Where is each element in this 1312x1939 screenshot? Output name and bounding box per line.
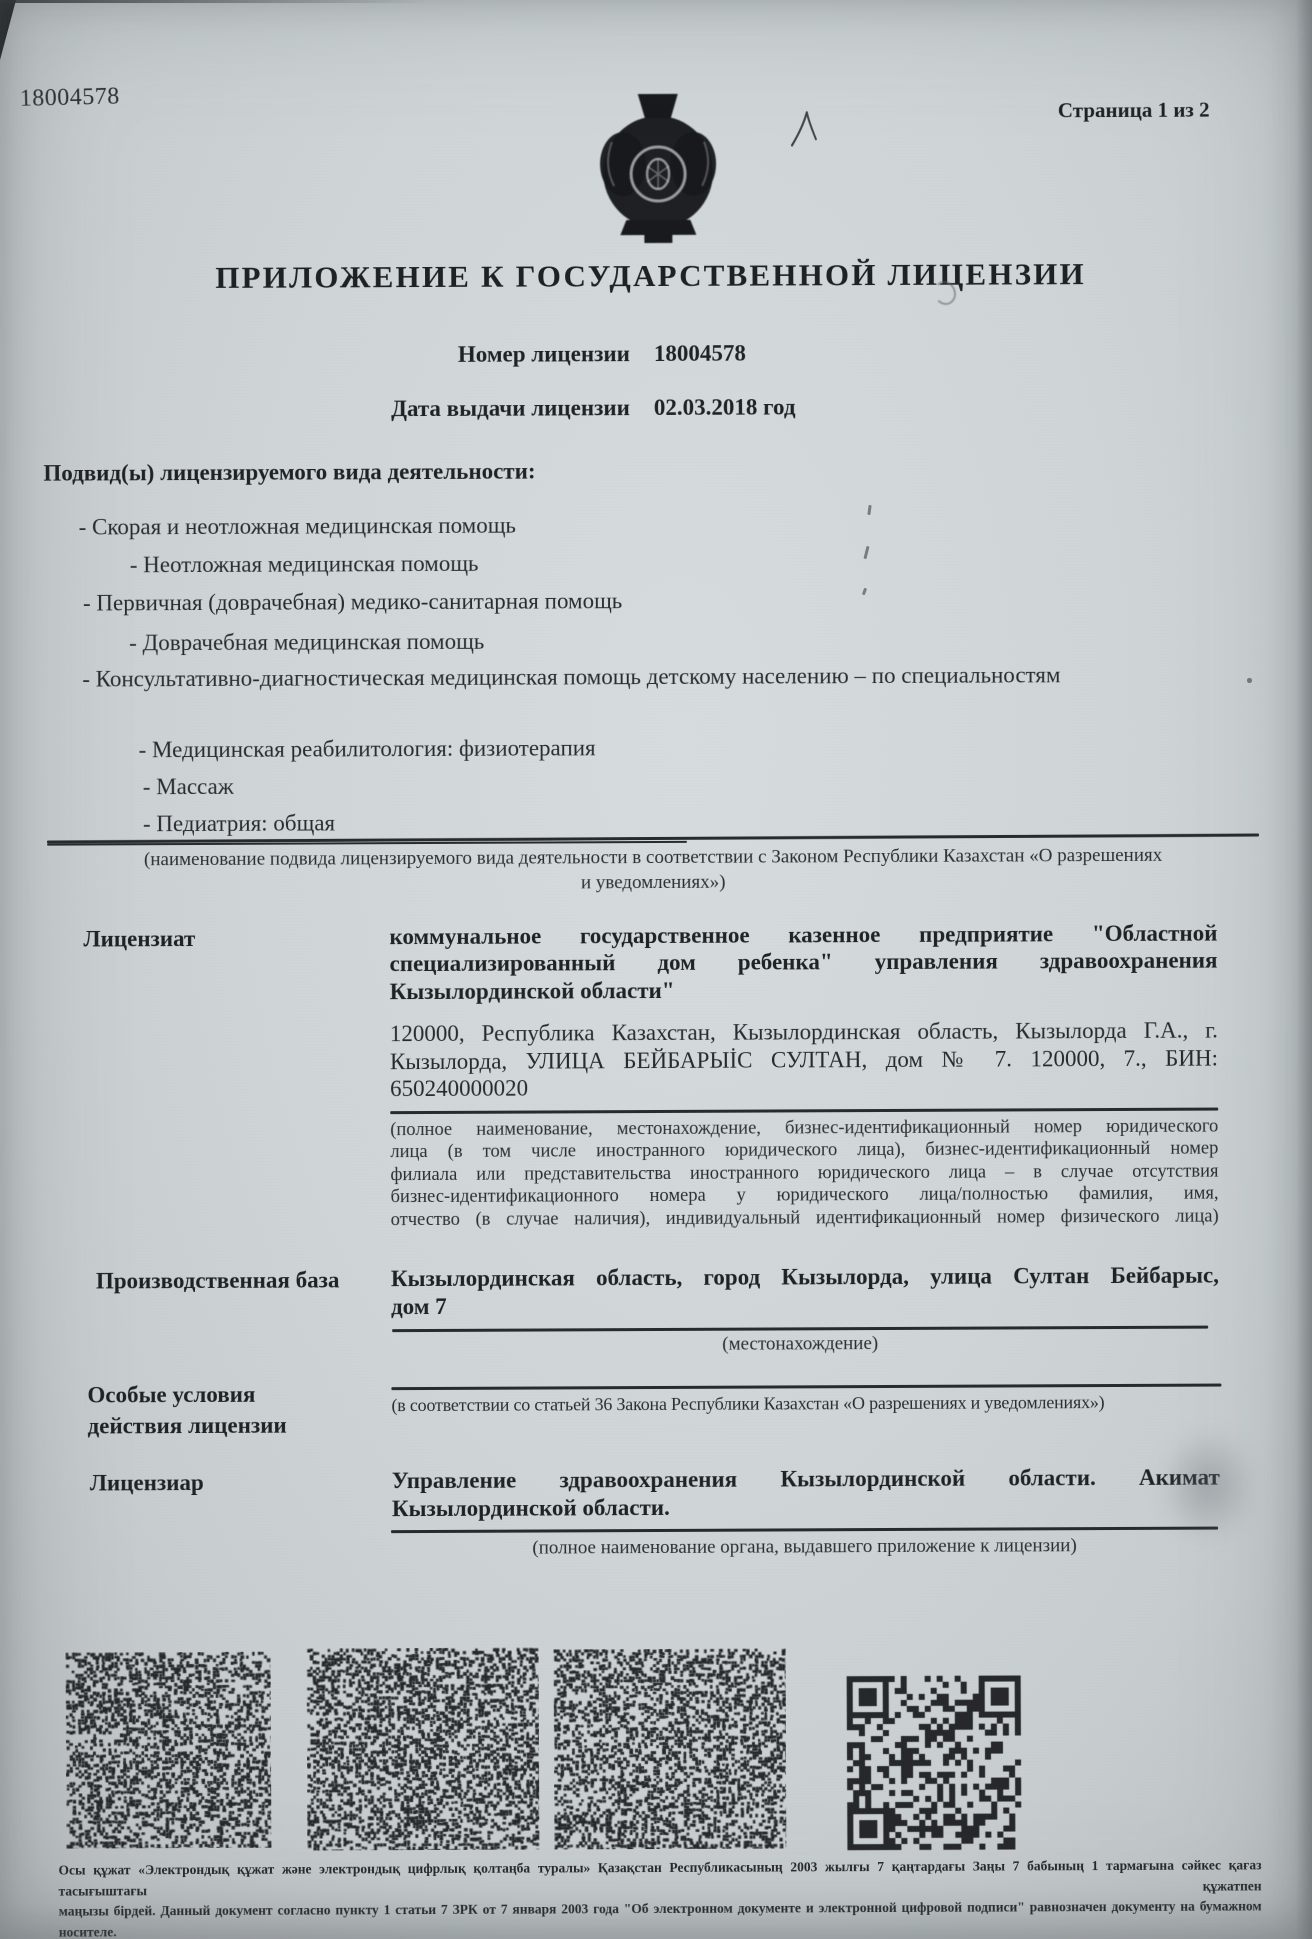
subtype-item: - Консультативно-диагностическая медицин… — [82, 662, 1060, 692]
production-base-line: дом 7 — [391, 1290, 1219, 1322]
licensor-line: Кызылординской области. — [392, 1492, 1220, 1524]
license-date-row: Дата выдачи лицензии 02.03.2018 год — [391, 394, 795, 422]
scan-edge-shadow-right — [1296, 0, 1312, 1939]
scan-edge-shadow — [0, 0, 430, 3]
page-indicator: Страница 1 из 2 — [1058, 98, 1210, 124]
licensee-caption: (полное наименование, местонахождение, б… — [390, 1116, 1218, 1232]
licensee-label: Лицензиат — [83, 926, 195, 952]
handwritten-pen-mark — [788, 109, 828, 149]
subtype-item: - Скорая и неотложная медицинская помощь — [79, 513, 516, 541]
license-date-label: Дата выдачи лицензии — [391, 395, 630, 422]
licensee-address: 120000, Республика Казахстан, Кызылордин… — [390, 1017, 1218, 1103]
licensor-underline — [391, 1527, 1218, 1533]
digital-signature-stamp-3 — [554, 1648, 787, 1849]
pen-smudge — [934, 281, 956, 305]
subtypes-caption: (наименование подвида лицензируемого вид… — [47, 842, 1259, 897]
subtype-item: - Неотложная медицинская помощь — [130, 551, 479, 579]
caption-line: лица (в том числе иностранного юридическ… — [390, 1138, 1218, 1164]
licensor-caption: (полное наименование органа, выдавшего п… — [391, 1535, 1218, 1561]
legal-footer: Осы құжат «Электрондық құжат және электр… — [58, 1855, 1261, 1939]
special-conditions-caption: (в соответствии со статьей 36 Закона Рес… — [391, 1392, 1221, 1417]
scanned-license-page: 18004578 Страница 1 из 2 ПРИЛОЖЕНИЕ К ГО… — [0, 0, 1312, 1939]
subtype-item: - Доврачебная медицинская помощь — [129, 629, 484, 657]
license-number-row: Номер лицензии 18004578 — [458, 341, 746, 368]
caption-line: отчество (в случае наличия), индивидуаль… — [391, 1205, 1219, 1231]
digital-signature-stamp-1 — [66, 1652, 272, 1849]
subtype-item: - Первичная (доврачебная) медико-санитар… — [83, 588, 622, 616]
digital-signature-stamp-2 — [307, 1648, 540, 1851]
subtypes-heading: Подвид(ы) лицензируемого вида деятельнос… — [43, 459, 535, 487]
paper-stain — [1158, 1428, 1258, 1543]
caption-line: (наименование подвида лицензируемого вид… — [47, 842, 1259, 872]
license-date-value: 02.03.2018 год — [654, 394, 796, 421]
licensee-underline — [390, 1108, 1218, 1114]
licensee-name-line: специализированный дом ребенка" управлен… — [389, 947, 1217, 978]
caption-line: бизнес-идентификационного номера у юриди… — [391, 1183, 1219, 1209]
footer-line: Осы құжат «Электрондық құжат және электр… — [58, 1855, 1261, 1901]
subtype-item: - Массаж — [143, 774, 234, 800]
production-base-underline — [392, 1326, 1208, 1332]
licensee-address-line: 650240000020 — [390, 1072, 1218, 1103]
licensee-address-line: 120000, Республика Казахстан, Кызылордин… — [390, 1017, 1218, 1048]
license-number-value: 18004578 — [654, 341, 746, 367]
qr-code — [841, 1669, 1028, 1856]
production-base-value: Кызылординская область, город Кызылорда,… — [391, 1262, 1219, 1322]
license-number-label: Номер лицензии — [458, 341, 630, 368]
special-conditions-label: Особые условия действия лицензии — [87, 1378, 333, 1441]
production-base-line: Кызылординская область, город Кызылорда,… — [391, 1262, 1219, 1294]
subtype-item: - Медицинская реабилитология: физиотерап… — [139, 735, 596, 763]
kazakhstan-coat-of-arms-icon — [578, 92, 739, 245]
licensee-name-line: коммунальное государственное казенное пр… — [389, 920, 1217, 951]
licensor-label: Лицензиар — [90, 1470, 204, 1496]
production-base-label: Производственная база — [96, 1267, 340, 1294]
caption-line: и уведомлениях») — [47, 867, 1259, 897]
document-content: 18004578 Страница 1 из 2 ПРИЛОЖЕНИЕ К ГО… — [0, 0, 1312, 1939]
licensor-value: Управление здравоохранения Кызылординско… — [392, 1464, 1220, 1524]
footer-line: маңызы бірдей. Данный документ согласно … — [59, 1896, 1262, 1939]
document-title: ПРИЛОЖЕНИЕ К ГОСУДАРСТВЕННОЙ ЛИЦЕНЗИИ — [44, 255, 1256, 296]
production-base-caption: (местонахождение) — [392, 1332, 1208, 1358]
ink-speck — [1247, 678, 1252, 683]
licensee-address-line: Кызылорда, УЛИЦА БЕЙБАРЫİС СУЛТАН, дом №… — [390, 1044, 1218, 1075]
licensor-line: Управление здравоохранения Кызылординско… — [392, 1464, 1220, 1496]
special-conditions-underline — [391, 1384, 1221, 1390]
licensee-name: коммунальное государственное казенное пр… — [389, 920, 1217, 1006]
licensee-name-line: Кызылординской области" — [390, 974, 1218, 1005]
license-number-top-left: 18004578 — [19, 83, 120, 113]
subtype-item: - Педиатрия: общая — [143, 810, 335, 837]
